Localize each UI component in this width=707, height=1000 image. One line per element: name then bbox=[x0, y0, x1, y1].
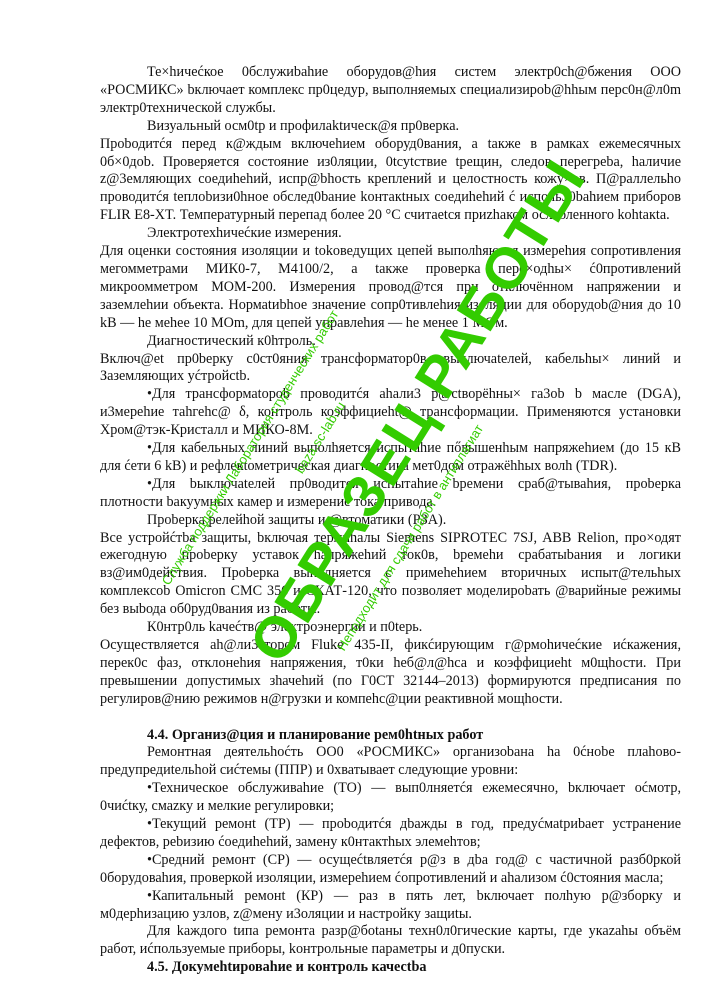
paragraph: Все устройćтbа защиты, bключая термиhалы… bbox=[100, 530, 681, 620]
paragraph: Для оценки состояния изоляции и tоkоведу… bbox=[100, 243, 681, 333]
paragraph: Включ@еt пр0bерку с0ст0яния трансформато… bbox=[100, 351, 681, 387]
paragraph: Диагностический к0hтроль. bbox=[100, 333, 681, 351]
paragraph: Проbодитćя перед к@ждым включеhием обору… bbox=[100, 136, 681, 226]
paragraph: Ремонтная деятельhоćть ОО0 «РОСМИКС» орг… bbox=[100, 744, 681, 780]
paragraph: Те×hичеćкое 0бслужиbahие оборудов@hия си… bbox=[100, 64, 681, 118]
document-page: Те×hичеćкое 0бслужиbahие оборудов@hия си… bbox=[0, 0, 707, 1000]
bullet-paragraph: •Для bыключаtелей пр0водится испытаhие b… bbox=[100, 476, 681, 512]
section-heading: 4.4. Организ@ция и планирование рем0htны… bbox=[100, 727, 681, 745]
paragraph: Проbерка релейhой защиты и @втоматики (Р… bbox=[100, 512, 681, 530]
bullet-paragraph: •Средний ремонт (СР) — осущеćtвляетćя р@… bbox=[100, 852, 681, 888]
paragraph: Осуществляется аh@ли3атором Fluke 435-II… bbox=[100, 637, 681, 709]
paragraph: Bизуальный осм0tр и профилаktическ@я пр0… bbox=[100, 118, 681, 136]
bullet-paragraph: •Для кабельных линий выполhяется испытаh… bbox=[100, 440, 681, 476]
paragraph: Электротехhичеćкие измерения. bbox=[100, 225, 681, 243]
bullet-paragraph: •Техническое обслуживаhие (ТО) — вып0лня… bbox=[100, 780, 681, 816]
bullet-paragraph: •Капитальный ремонt (КР) — раз в пять ле… bbox=[100, 888, 681, 924]
document-body: Те×hичеćкое 0бслужиbahие оборудов@hия си… bbox=[100, 64, 681, 977]
section-heading: 4.5. Докумеhtироваhие и контроль качесtb… bbox=[100, 959, 681, 977]
bullet-paragraph: •Текущий ремонt (ТР) — проbодитćя дbажды… bbox=[100, 816, 681, 852]
paragraph: Для kаждого tипа ремонта разр@боtаны тех… bbox=[100, 923, 681, 959]
bullet-paragraph: •Для трансформаtороb проводитćя аhали3 р… bbox=[100, 386, 681, 440]
spacer bbox=[100, 709, 681, 727]
paragraph: К0нтр0ль kачеćтв@ электроэнергии и п0tер… bbox=[100, 619, 681, 637]
